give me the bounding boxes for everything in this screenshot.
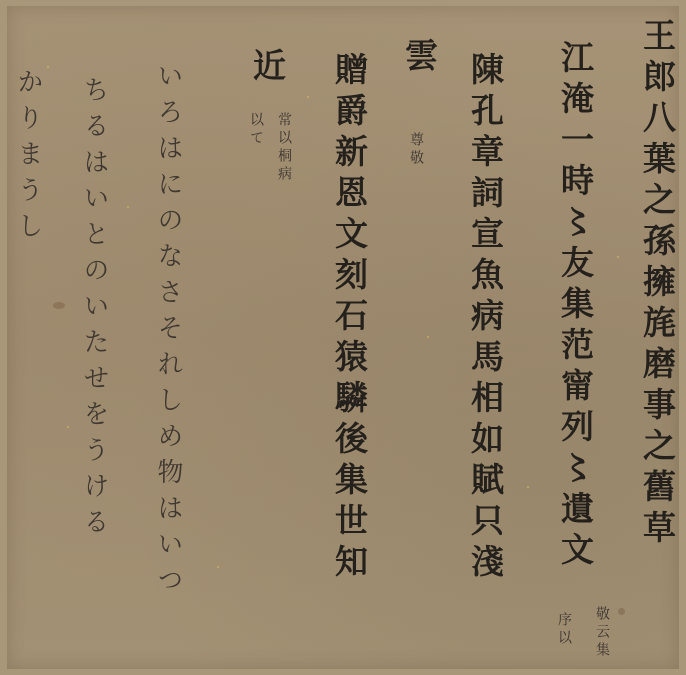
gold-fleck <box>127 206 129 208</box>
column-6-head: 近 <box>244 48 291 89</box>
gold-fleck <box>307 96 309 98</box>
column-7-kana: いろはにのなさそれしめ物はいつ <box>150 62 187 602</box>
column-2: 江淹一時〻友集范甯列〻遺文 <box>552 40 599 573</box>
column-1: 王郎八葉之孫擁旄磨事之舊草 <box>634 18 681 551</box>
ink-stain <box>53 302 65 309</box>
gold-fleck <box>617 256 619 258</box>
gold-fleck <box>47 66 49 68</box>
column-2-note-b: 敬云集 <box>592 606 612 660</box>
gold-fleck <box>427 336 429 338</box>
column-9-kana: かりまうし <box>10 68 47 248</box>
column-3: 陳孔章詞宣魚病馬相如賦只淺 <box>462 52 509 585</box>
column-6-note-b: 以て <box>246 112 266 148</box>
gold-fleck <box>67 426 69 428</box>
column-6-note-a: 常以桐病 <box>274 112 294 184</box>
column-4-note: 尊敬 <box>406 132 426 168</box>
gold-fleck <box>527 486 529 488</box>
column-8-kana: ちるはいとのいたせをうける <box>76 76 113 544</box>
column-4-head: 雲 <box>396 38 443 79</box>
column-5: 贈爵新恩文刻石猿驎後集世知 <box>326 52 373 585</box>
column-2-note-a: 序以 <box>554 612 574 648</box>
gold-fleck <box>217 566 219 568</box>
ink-stain <box>618 608 625 615</box>
